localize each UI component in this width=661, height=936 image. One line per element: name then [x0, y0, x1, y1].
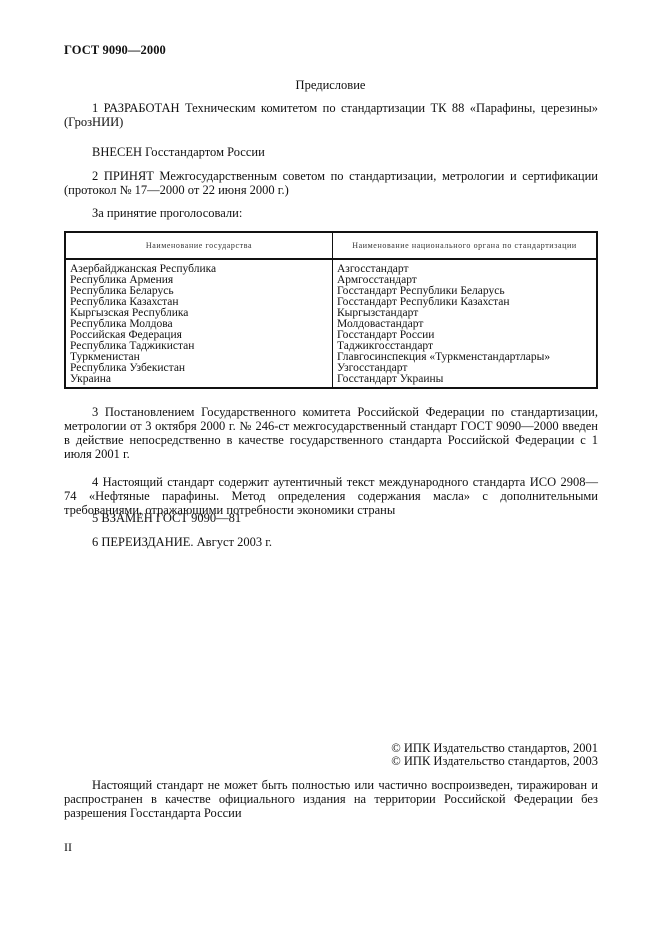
section-1: 1 РАЗРАБОТАН Техническим комитетом по ст… — [64, 101, 598, 129]
member-states-table: Наименование государства Наименование на… — [64, 231, 598, 389]
column-header-body: Наименование национального органа по ста… — [333, 232, 598, 259]
section-introduced: ВНЕСЕН Госстандартом России — [64, 145, 598, 159]
reproduction-notice: Настоящий стандарт не может быть полност… — [64, 778, 598, 820]
section-5-text: 5 ВЗАМЕН ГОСТ 9090—81 — [92, 511, 241, 525]
page-number: II — [64, 840, 72, 855]
section-1-text: 1 РАЗРАБОТАН Техническим комитетом по ст… — [64, 101, 598, 129]
document-page: ГОСТ 9090—2000 Предисловие 1 РАЗРАБОТАН … — [0, 0, 661, 936]
reproduction-notice-text: Настоящий стандарт не может быть полност… — [64, 778, 598, 820]
copyright-line-2003: © ИПК Издательство стандартов, 2003 — [391, 755, 598, 768]
column-header-state: Наименование государства — [65, 232, 333, 259]
standard-code: ГОСТ 9090—2000 — [64, 43, 166, 58]
table-header-row: Наименование государства Наименование на… — [65, 232, 597, 259]
standards-bodies-cell: АзгосстандартАрмгосстандартГосстандарт Р… — [333, 259, 598, 388]
section-3-text: 3 Постановлением Государственного комите… — [64, 405, 598, 461]
state-names-cell: Азербайджанская РеспубликаРеспублика Арм… — [65, 259, 333, 388]
section-voted: За принятие проголосовали: — [64, 206, 598, 220]
section-2: 2 ПРИНЯТ Межгосударственным советом по с… — [64, 169, 598, 197]
standards-body-name: Госстандарт Украины — [337, 374, 592, 385]
table-row: Азербайджанская РеспубликаРеспублика Арм… — [65, 259, 597, 388]
page-title: Предисловие — [0, 78, 661, 93]
copyright-block: © ИПК Издательство стандартов, 2001 © ИП… — [391, 742, 598, 768]
section-6-text: 6 ПЕРЕИЗДАНИЕ. Август 2003 г. — [92, 535, 272, 549]
section-2-text: 2 ПРИНЯТ Межгосударственным советом по с… — [64, 169, 598, 197]
section-3: 3 Постановлением Государственного комите… — [64, 405, 598, 461]
section-introduced-text: ВНЕСЕН Госстандартом России — [92, 145, 265, 159]
section-5: 5 ВЗАМЕН ГОСТ 9090—81 — [64, 511, 598, 525]
section-6: 6 ПЕРЕИЗДАНИЕ. Август 2003 г. — [64, 535, 598, 549]
section-voted-text: За принятие проголосовали: — [92, 206, 242, 220]
state-name: Украина — [70, 374, 328, 385]
